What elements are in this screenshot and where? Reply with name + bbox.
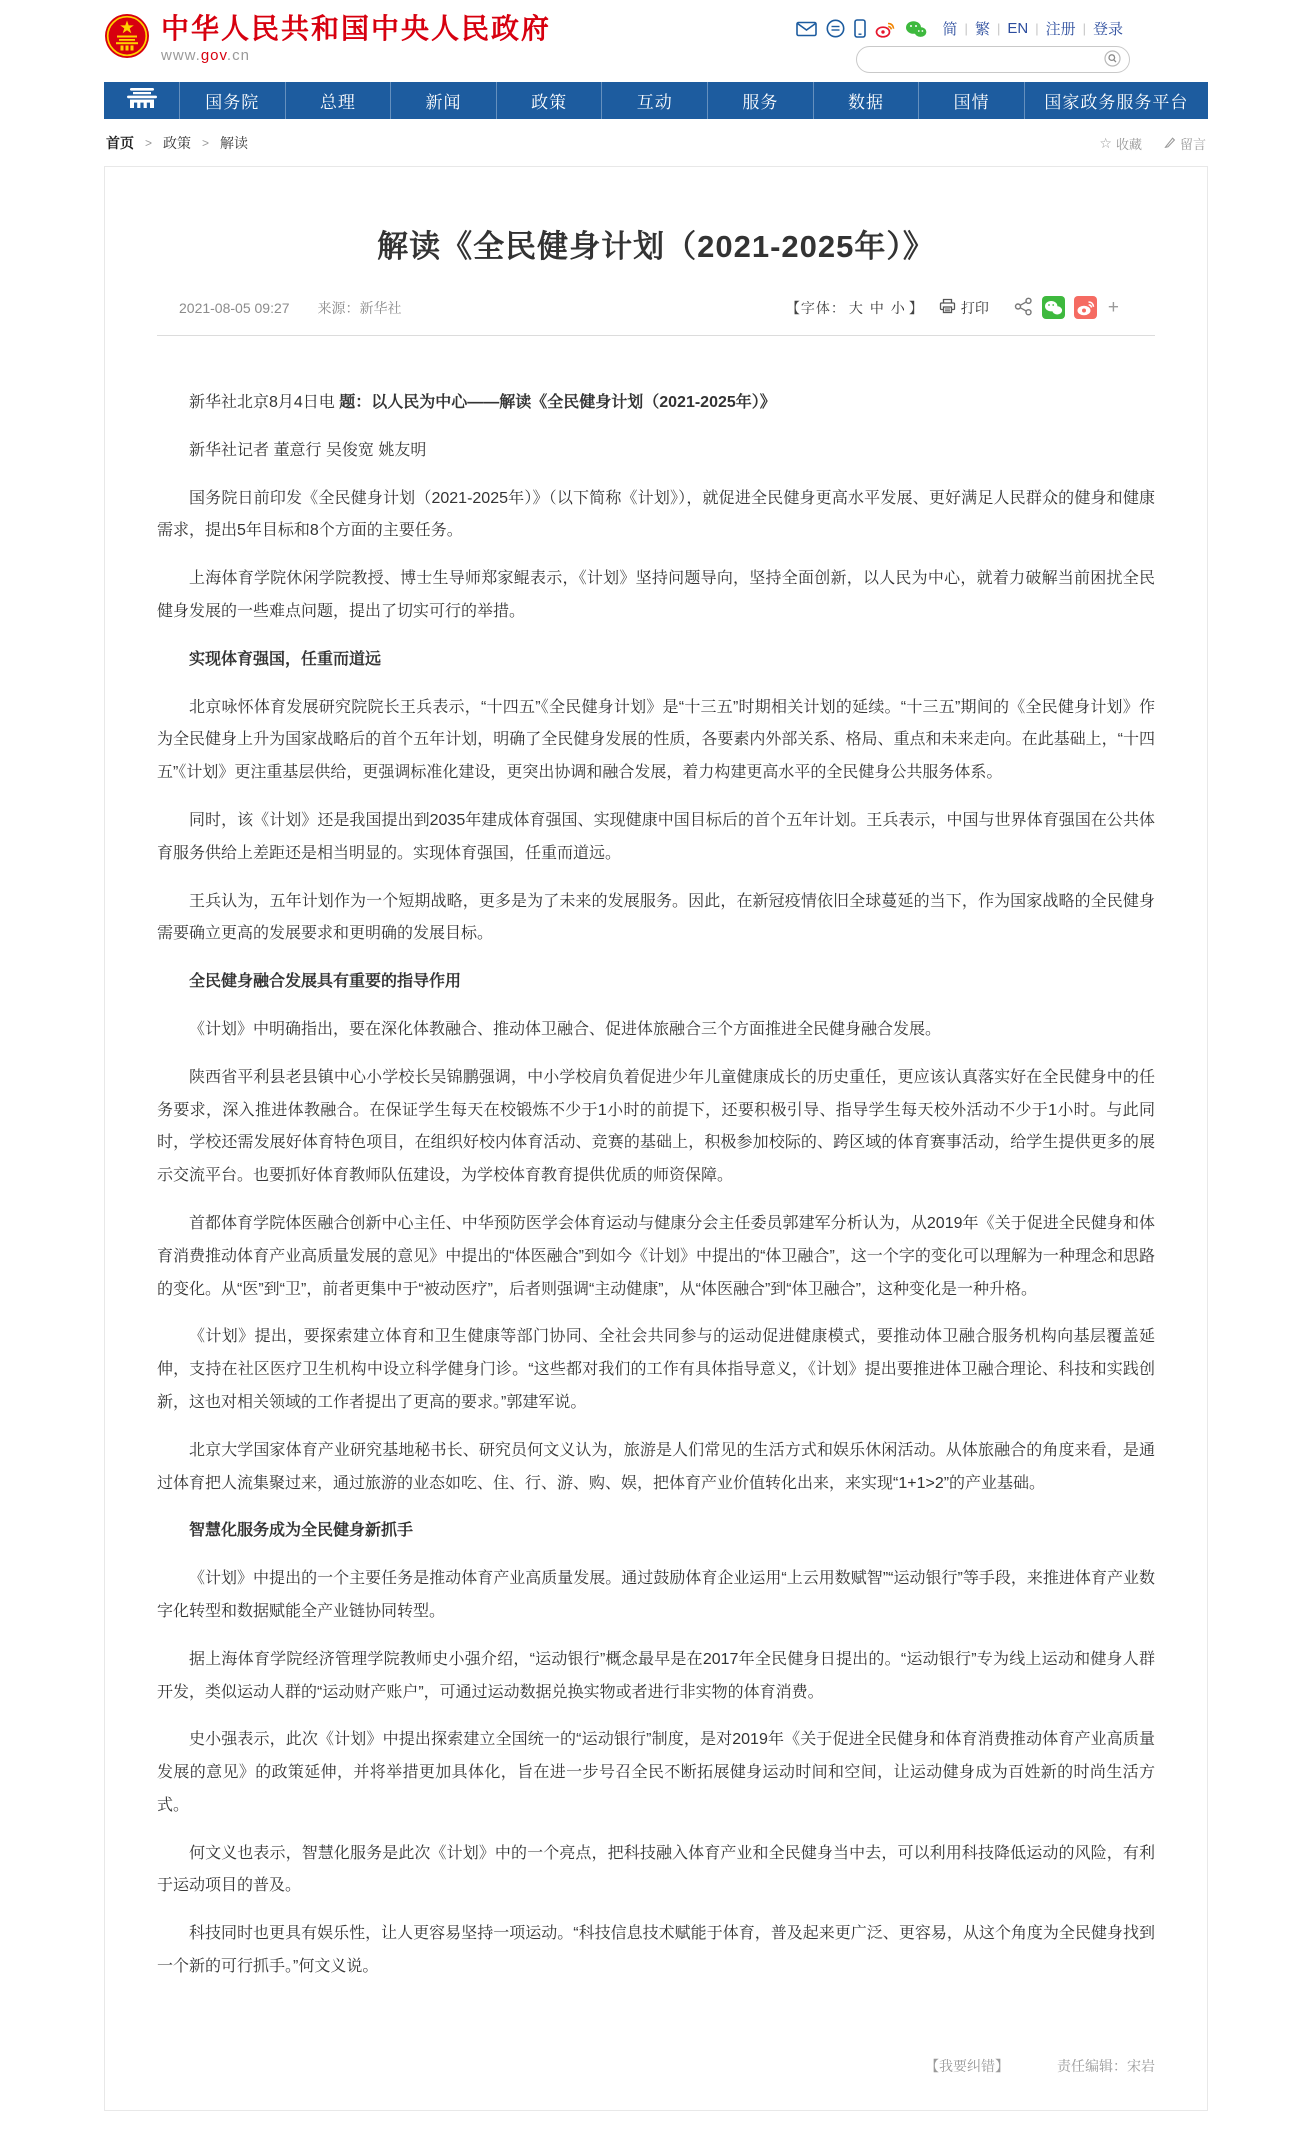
- font-size-large[interactable]: 大: [846, 300, 867, 316]
- quick-links-row: 简|繁|EN|注册|登录: [796, 18, 1130, 39]
- site-logo[interactable]: 中华人民共和国中央人民政府 www.gov.cn: [104, 13, 551, 64]
- nav-item-interaction[interactable]: 互动: [602, 82, 708, 119]
- article-paragraph: 上海体育学院休闲学院教授、博士生导师郑家鲲表示，《计划》坚持问题导向，坚持全面创…: [157, 563, 1155, 629]
- home-building-icon: [125, 88, 159, 113]
- font-size-small[interactable]: 小: [888, 300, 909, 316]
- search-button[interactable]: [1104, 50, 1121, 70]
- leave-message-button[interactable]: 留言: [1164, 134, 1206, 153]
- share-wechat-icon[interactable]: [1042, 296, 1065, 319]
- article-paragraph: 北京大学国家体育产业研究基地秘书长、研究员何文义认为，旅游是人们常见的生活方式和…: [157, 1435, 1155, 1501]
- site-header: 中华人民共和国中央人民政府 www.gov.cn: [104, 0, 1208, 82]
- article-paragraph: 《计划》中提出的一个主要任务是推动体育产业高质量发展。通过鼓励体育企业运用“上云…: [157, 1563, 1155, 1629]
- font-size-medium[interactable]: 中: [867, 300, 888, 316]
- article-meta-row: 2021-08-05 09:27 来源： 新华社 【字体：大中小】 打印: [157, 296, 1155, 336]
- article-paragraph: 据上海体育学院经济管理学院教师史小强介绍，“运动银行”概念最早是在2017年全民…: [157, 1644, 1155, 1710]
- main-nav: 国务院 总理 新闻 政策 互动 服务 数据 国情 国家政务服务平台: [104, 82, 1208, 119]
- nav-item-national-conditions[interactable]: 国情: [919, 82, 1025, 119]
- share-weibo-icon[interactable]: [1074, 296, 1097, 319]
- national-emblem-icon: [104, 13, 150, 64]
- section-heading: 全民健身融合发展具有重要的指导作用: [157, 966, 1155, 999]
- breadcrumb-policy[interactable]: 政策: [163, 133, 191, 153]
- article-title: 解读《全民健身计划（2021-2025年）》: [157, 221, 1155, 266]
- publish-date: 2021-08-05 09:27: [179, 300, 290, 316]
- article-card: 解读《全民健身计划（2021-2025年）》 2021-08-05 09:27 …: [104, 166, 1208, 2111]
- message-bubble-icon[interactable]: [826, 19, 845, 38]
- breadcrumb-separator: >: [145, 136, 152, 150]
- breadcrumb: 首页 > 政策 > 解读 ☆收藏 留言: [104, 119, 1208, 166]
- article-paragraph: 新华社记者 董意行 吴俊宽 姚友明: [157, 435, 1155, 468]
- article-paragraph: 王兵认为，五年计划作为一个短期战略，更多是为了未来的发展服务。因此，在新冠疫情依…: [157, 886, 1155, 952]
- section-heading: 实现体育强国，任重而道远: [157, 644, 1155, 677]
- wechat-icon[interactable]: [905, 20, 927, 38]
- article-paragraph: 国务院日前印发《全民健身计划（2021-2025年）》（以下简称《计划》），就促…: [157, 483, 1155, 549]
- nav-item-services[interactable]: 服务: [708, 82, 814, 119]
- responsible-editor: 责任编辑：宋岩: [1057, 2056, 1155, 2076]
- article-paragraph: 《计划》提出，要探索建立体育和卫生健康等部门协同、全社会共同参与的运动促进健康模…: [157, 1321, 1155, 1419]
- lang-simplified[interactable]: 简: [936, 18, 965, 39]
- search-input[interactable]: [871, 51, 1104, 68]
- nav-item-gov-service-platform[interactable]: 国家政务服务平台: [1025, 82, 1208, 119]
- section-heading: 智慧化服务成为全民健身新抓手: [157, 1515, 1155, 1548]
- site-url: www.gov.cn: [161, 47, 551, 64]
- nav-item-data[interactable]: 数据: [814, 82, 920, 119]
- login-link[interactable]: 登录: [1086, 18, 1130, 39]
- article-paragraph: 《计划》中明确指出，要在深化体教融合、推动体卫融合、促进体旅融合三个方面推进全民…: [157, 1014, 1155, 1047]
- article-paragraph: 首都体育学院体医融合创新中心主任、中华预防医学会体育运动与健康分会主任委员郭建军…: [157, 1208, 1155, 1306]
- nav-item-policy[interactable]: 政策: [497, 82, 603, 119]
- lang-links: 简|繁|EN|注册|登录: [936, 18, 1130, 39]
- article-paragraph: 史小强表示，此次《计划》中提出探索建立全国统一的“运动银行”制度，是对2019年…: [157, 1724, 1155, 1822]
- error-correction-button[interactable]: 【我要纠错】: [925, 2056, 1009, 2076]
- breadcrumb-separator: >: [202, 136, 209, 150]
- header-right: 简|繁|EN|注册|登录: [796, 13, 1130, 73]
- nav-item-state-council[interactable]: 国务院: [180, 82, 286, 119]
- source-value: 新华社: [360, 298, 402, 318]
- pen-icon: [1164, 136, 1176, 151]
- article-paragraph: 同时，该《计划》还是我国提出到2035年建成体育强国、实现健康中国目标后的首个五…: [157, 805, 1155, 871]
- mail-icon[interactable]: [796, 21, 817, 37]
- favorite-button[interactable]: ☆收藏: [1099, 134, 1142, 153]
- lang-english[interactable]: EN: [1000, 20, 1035, 37]
- share-more-button[interactable]: +: [1108, 298, 1119, 317]
- share-group: +: [1014, 296, 1119, 319]
- printer-icon: [939, 298, 956, 317]
- star-icon: ☆: [1099, 136, 1112, 150]
- article-paragraph: 科技同时也更具有娱乐性，让人更容易坚持一项运动。“科技信息技术赋能于体育，普及起…: [157, 1918, 1155, 1984]
- article-paragraph: 北京咏怀体育发展研究院院长王兵表示，“十四五”《全民健身计划》是“十三五”时期相…: [157, 692, 1155, 790]
- search-icon: [1104, 50, 1121, 70]
- register-link[interactable]: 注册: [1039, 18, 1083, 39]
- weibo-icon[interactable]: [875, 20, 896, 38]
- nav-home-item[interactable]: [104, 82, 180, 119]
- article-body: 新华社北京8月4日电 题：以人民为中心——解读《全民健身计划（2021-2025…: [157, 336, 1155, 1984]
- article-lead-paragraph: 新华社北京8月4日电 题：以人民为中心——解读《全民健身计划（2021-2025…: [157, 387, 1155, 420]
- nav-item-news[interactable]: 新闻: [391, 82, 497, 119]
- nav-item-premier[interactable]: 总理: [286, 82, 392, 119]
- lang-traditional[interactable]: 繁: [968, 18, 997, 39]
- font-size-control: 【字体：大中小】: [786, 298, 924, 318]
- mobile-icon[interactable]: [854, 19, 866, 38]
- article-paragraph: 陕西省平利县老县镇中心小学校长吴锦鹏强调，中小学校肩负着促进少年儿童健康成长的历…: [157, 1062, 1155, 1193]
- print-button[interactable]: 打印: [939, 298, 989, 318]
- site-title: 中华人民共和国中央人民政府: [161, 13, 551, 45]
- article-footer: 【我要纠错】 责任编辑：宋岩: [157, 2056, 1155, 2076]
- share-icon[interactable]: [1014, 297, 1033, 319]
- search-box: [856, 46, 1130, 73]
- source-label: 来源：: [318, 298, 360, 318]
- breadcrumb-interpretation[interactable]: 解读: [220, 133, 248, 153]
- article-paragraph: 何文义也表示，智慧化服务是此次《计划》中的一个亮点，把科技融入体育产业和全民健身…: [157, 1838, 1155, 1904]
- breadcrumb-home[interactable]: 首页: [106, 133, 134, 153]
